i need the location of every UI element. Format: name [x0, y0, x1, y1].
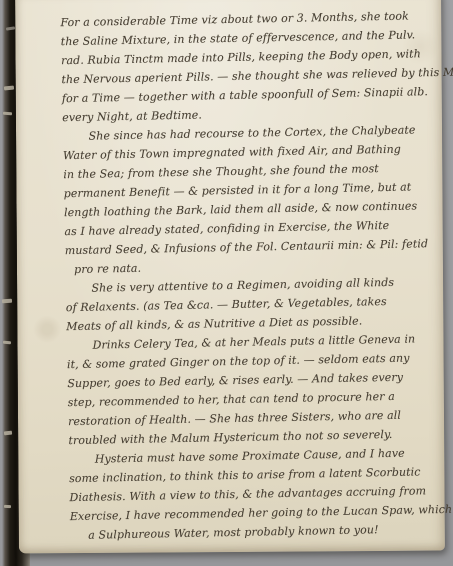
manuscript-text: For a considerable Time viz about two or… [60, 5, 453, 545]
page-edge-mark [3, 341, 11, 345]
manuscript-page: For a considerable Time viz about two or… [15, 0, 445, 553]
manuscript-photograph: For a considerable Time viz about two or… [0, 0, 453, 566]
page-edge-mark [2, 299, 12, 304]
page-edge-mark [3, 112, 12, 116]
page-edge-mark [4, 431, 12, 436]
page-edge-mark [4, 505, 11, 508]
page-edge-mark [4, 86, 14, 91]
